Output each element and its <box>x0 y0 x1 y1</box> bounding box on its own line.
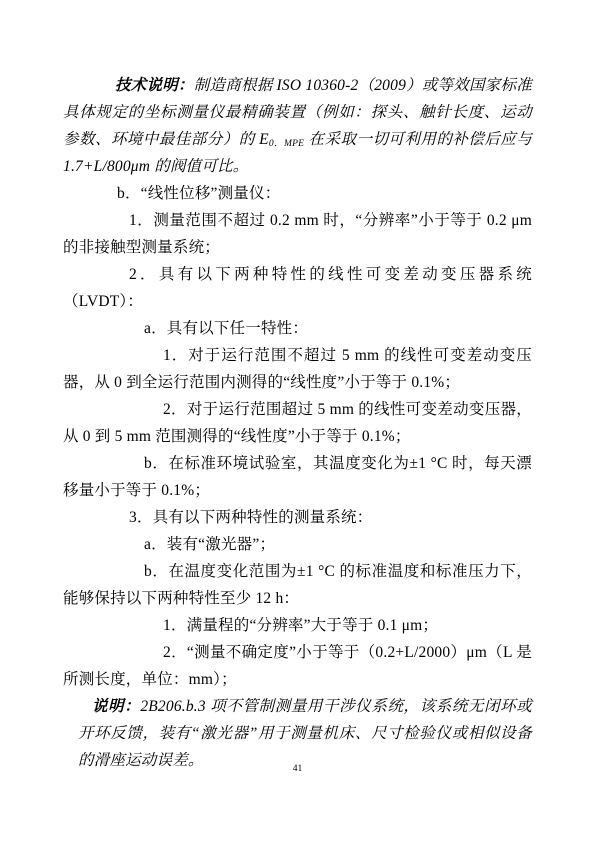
item-b-3-b-2: 2．“测量不确定度”小于等于（0.2+L/2000）μm（L 是所测长度，单位：… <box>63 639 532 693</box>
item-b-2: 2．具有以下两种特性的线性可变差动变压器系统（LVDT）： <box>63 261 532 315</box>
item-b-2-a: a．具有以下任一特性： <box>63 315 532 342</box>
item-b-2-a-1: 1．对于运行范围不超过 5 mm 的线性可变差动变压器，从 0 到全运行范围内测… <box>63 342 532 396</box>
item-b-3: 3．具有以下两种特性的测量系统： <box>63 504 532 531</box>
text-run: 1．满量程的“分辨率”大于等于 0.1 μm； <box>163 617 438 634</box>
item-b-3-a: a．装有“激光器”； <box>63 531 532 558</box>
text-run: 2B206.b.3 项不管制测量用干涉仪系统，该系统无闭环或开环反馈，装有“激光… <box>78 698 532 769</box>
text-run: 2．具有以下两种特性的线性可变差动变压器系统（LVDT）： <box>63 266 532 310</box>
text-run: 1．测量范围不超过 0.2 mm 时，“分辨率”小于等于 0.2 μm 的非接触… <box>63 212 532 256</box>
tech-note-paragraph: 技术说明：制造商根据 ISO 10360-2（2009）或等效国家标准具体规定的… <box>63 72 532 180</box>
page-number: 41 <box>0 763 595 775</box>
text-run: b．在温度变化范围为±1 °C 的标准温度和标准压力下，能够保持以下两种特性至少… <box>63 563 532 607</box>
item-b-2-a-2: 2．对于运行范围超过 5 mm 的线性可变差动变压器，从 0 到 5 mm 范围… <box>63 396 532 450</box>
text-run: 2．对于运行范围超过 5 mm 的线性可变差动变压器，从 0 到 5 mm 范围… <box>63 401 532 445</box>
paragraph-lead-label: 技术说明： <box>115 77 194 94</box>
text-run: 2．“测量不确定度”小于等于（0.2+L/2000）μm（L 是所测长度，单位：… <box>63 644 532 688</box>
paragraph-lead-label: 说明： <box>92 698 140 715</box>
text-run: a．装有“激光器”； <box>144 536 275 553</box>
subscript-run: 0．MPE <box>269 139 304 149</box>
text-run: a．具有以下任一特性： <box>144 320 308 337</box>
document-body: 技术说明：制造商根据 ISO 10360-2（2009）或等效国家标准具体规定的… <box>63 72 532 774</box>
text-run: E <box>259 131 269 148</box>
note-paragraph: 说明：2B206.b.3 项不管制测量用干涉仪系统，该系统无闭环或开环反馈，装有… <box>78 693 532 774</box>
text-run: 3．具有以下两种特性的测量系统： <box>129 509 372 526</box>
text-run: 1．对于运行范围不超过 5 mm 的线性可变差动变压器，从 0 到全运行范围内测… <box>63 347 532 391</box>
item-b-3-b: b．在温度变化范围为±1 °C 的标准温度和标准压力下，能够保持以下两种特性至少… <box>63 558 532 612</box>
document-page: 技术说明：制造商根据 ISO 10360-2（2009）或等效国家标准具体规定的… <box>0 0 595 841</box>
item-b: b．“线性位移”测量仪： <box>63 180 532 207</box>
item-b-1: 1．测量范围不超过 0.2 mm 时，“分辨率”小于等于 0.2 μm 的非接触… <box>63 207 532 261</box>
item-b-3-b-1: 1．满量程的“分辨率”大于等于 0.1 μm； <box>63 612 532 639</box>
text-run: b．在标准环境试验室，其温度变化为±1 °C 时，每天漂移量小于等于 0.1%； <box>63 455 532 499</box>
text-run: b．“线性位移”测量仪： <box>117 185 280 202</box>
item-b-2-b: b．在标准环境试验室，其温度变化为±1 °C 时，每天漂移量小于等于 0.1%； <box>63 450 532 504</box>
